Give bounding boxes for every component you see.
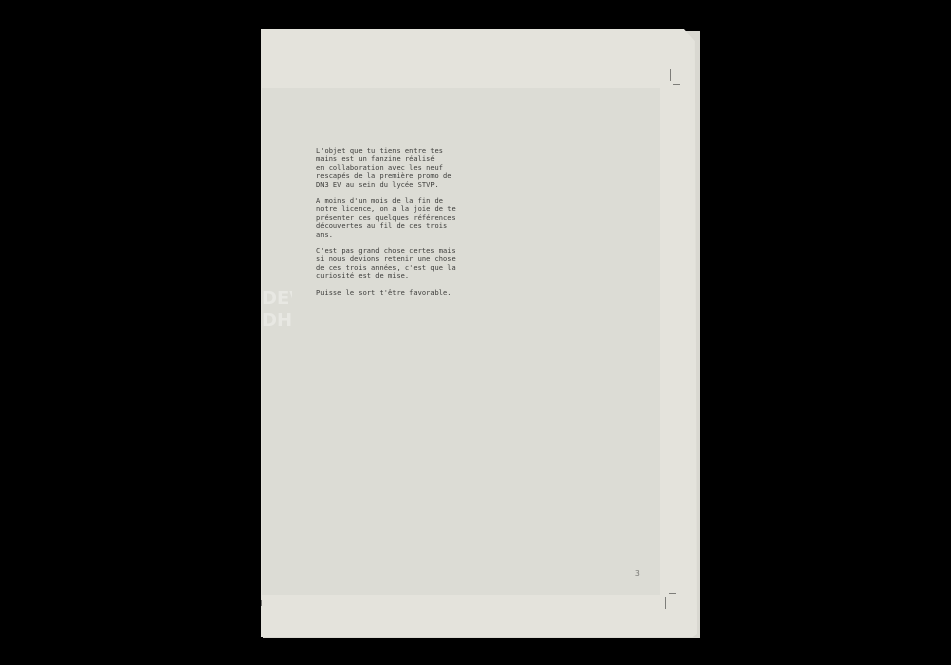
crop-mark-bottom-right-vertical (665, 597, 666, 609)
crop-mark-bottom-right-horizontal (669, 593, 676, 594)
crop-mark-bottom-left (261, 600, 262, 606)
fanzine-page: DEVCE DHARD L'objet que tu tiens entre t… (261, 29, 697, 637)
paragraph-3: C'est pas grand chose certes mais si nou… (316, 247, 476, 281)
crop-mark-top-right-vertical (670, 69, 671, 81)
crop-mark-top-right-horizontal (673, 84, 680, 85)
intro-text: L'objet que tu tiens entre tes mains est… (316, 147, 476, 305)
show-through-text: DEVCE DHARD (262, 288, 292, 398)
page-number: 3 (635, 569, 640, 578)
paragraph-4: Puisse le sort t'être favorable. (316, 289, 476, 297)
paragraph-2: A moins d'un mois de la fin de notre lic… (316, 197, 476, 239)
paragraph-1: L'objet que tu tiens entre tes mains est… (316, 147, 476, 189)
